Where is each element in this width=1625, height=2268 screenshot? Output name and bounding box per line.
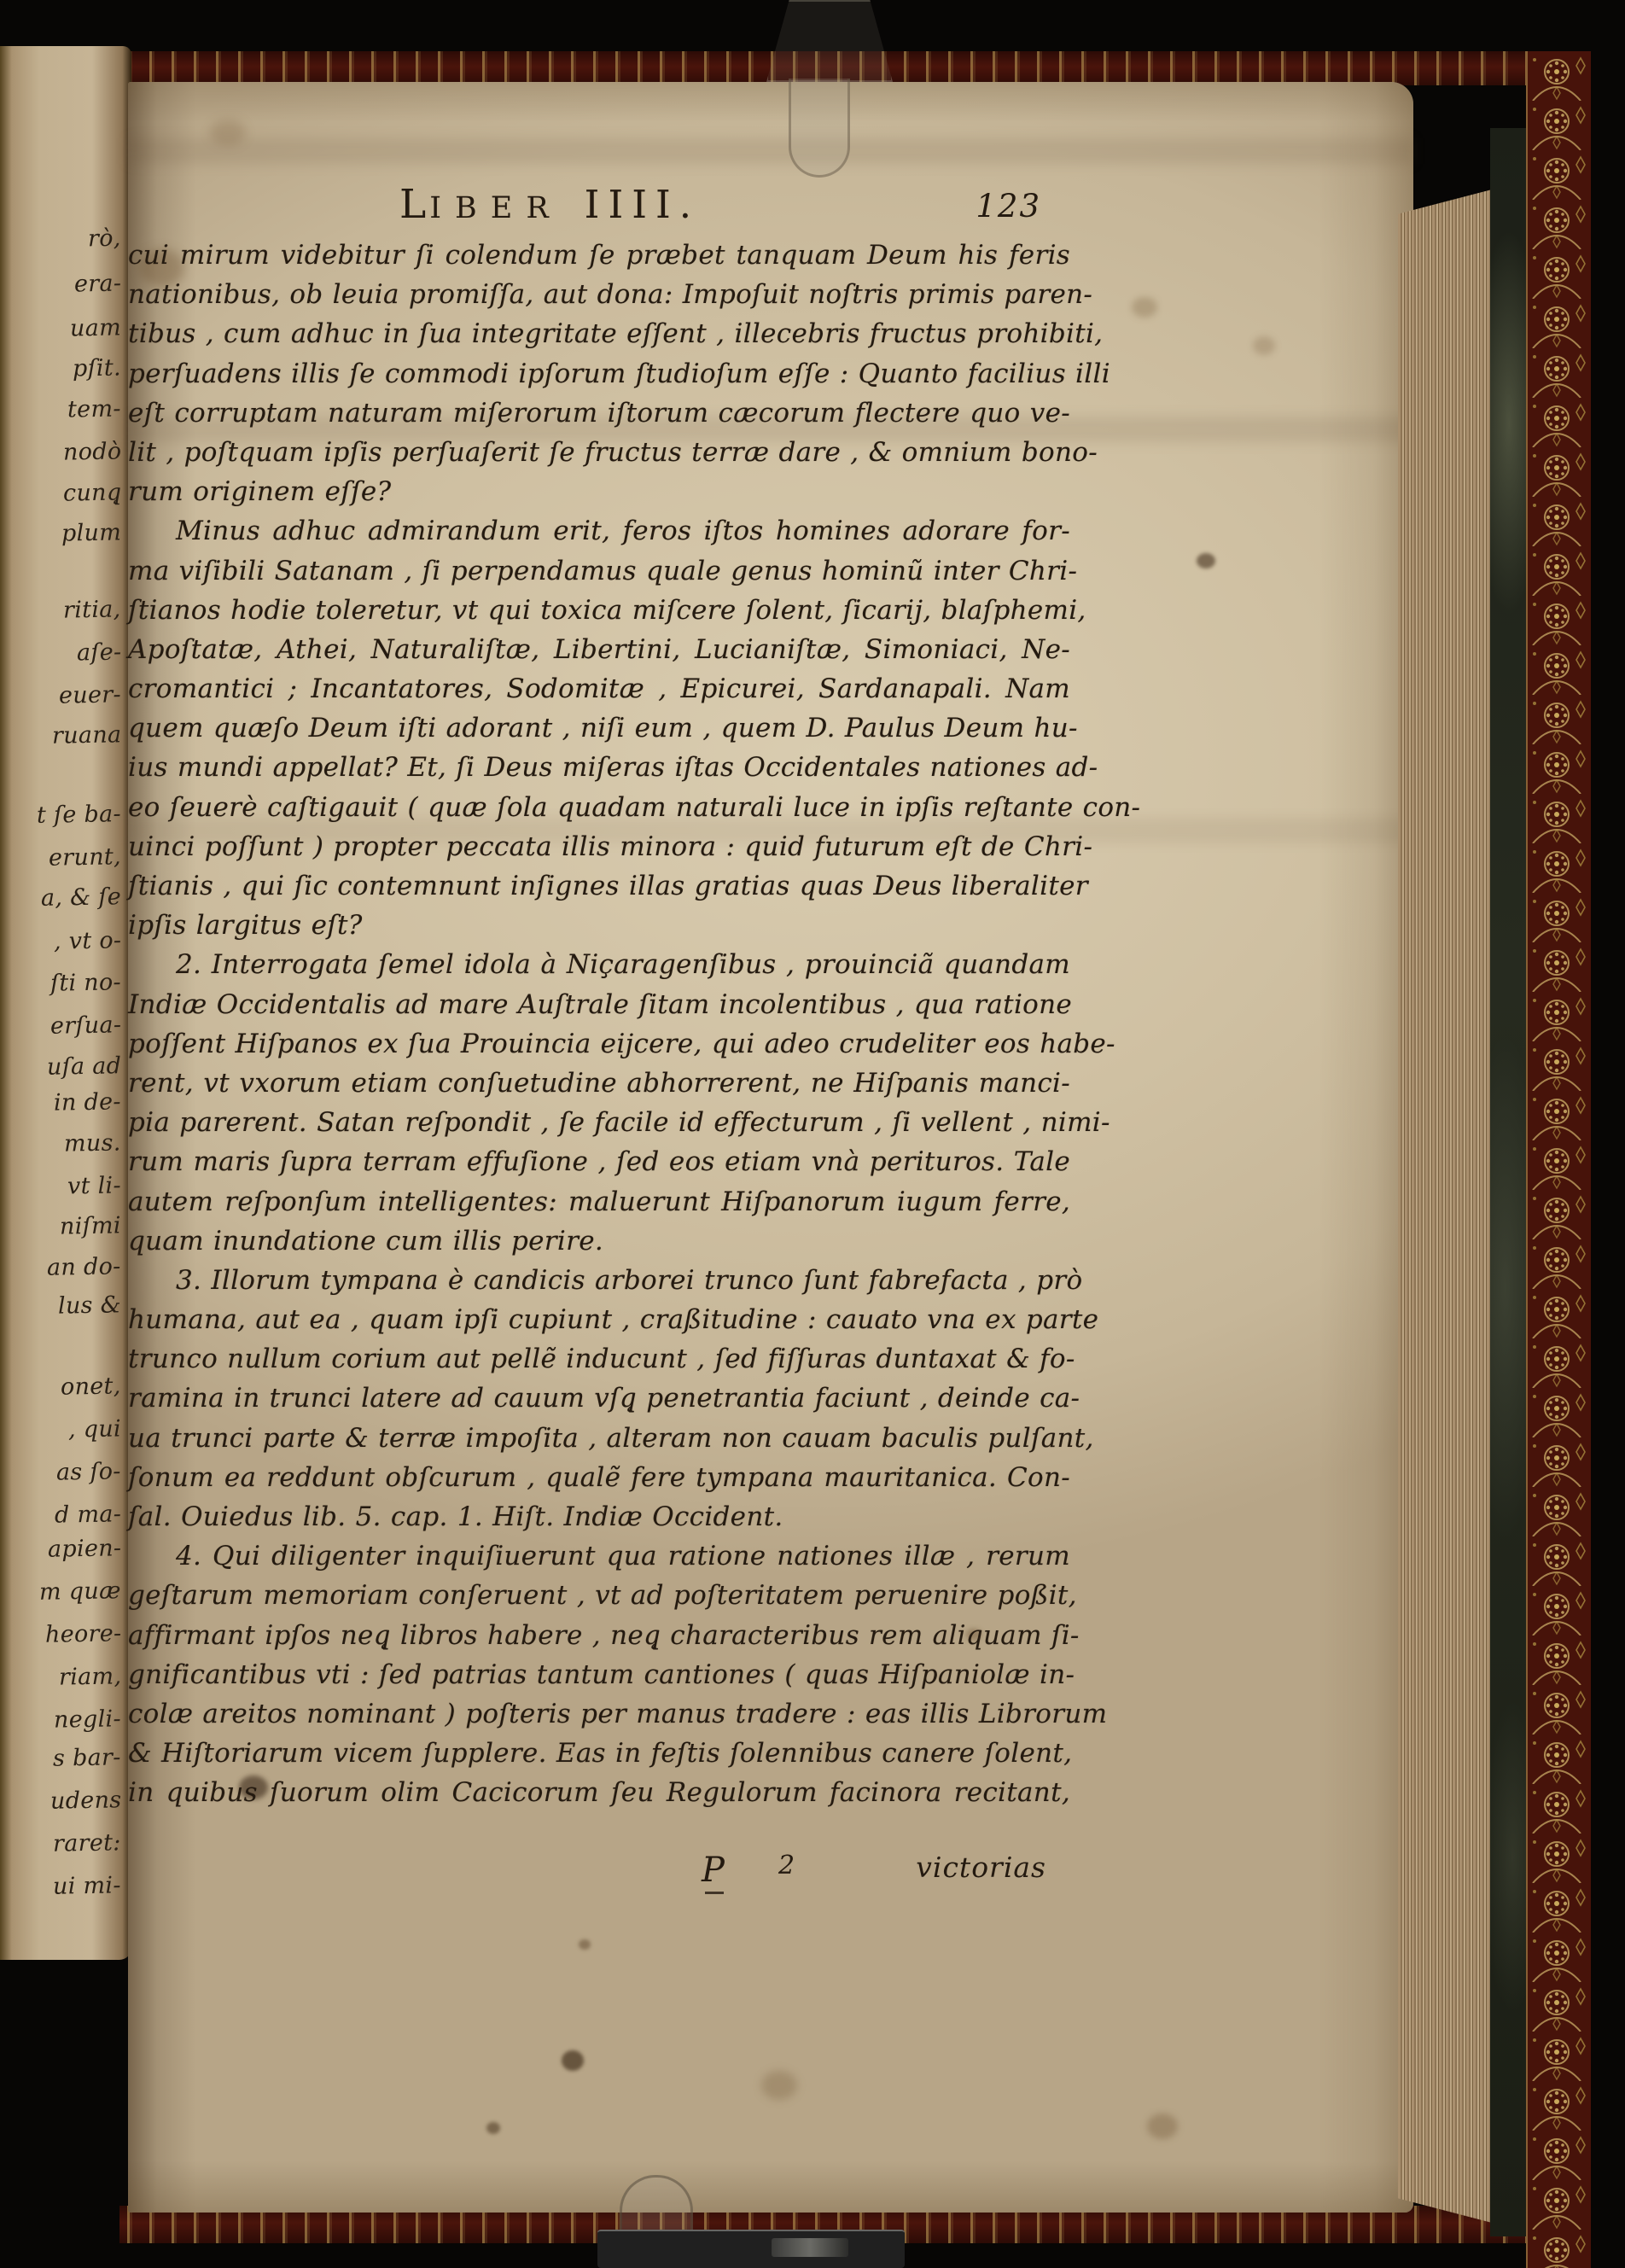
text-line: affirmant ipſos neq̨ libros habere , neq… (128, 1616, 1070, 1655)
marginalia-fragment: d ma- (55, 1501, 122, 1528)
text-line: gnificantibus vti : ſed patrias tantum c… (128, 1655, 1070, 1694)
text-line: ſtianos hodie toleretur, vt qui toxica m… (128, 591, 1070, 630)
text-line: tibus , cum adhuc in ſua integritate eſſ… (128, 314, 1070, 353)
marginalia-fragment: era- (73, 271, 121, 298)
fore-edge-page-stack (1398, 189, 1492, 2223)
stain-spot (761, 2071, 797, 2100)
cradle-clip-top-head (766, 0, 893, 82)
marginalia-fragment: nodò (62, 438, 121, 465)
text-line: in quibus ſuorum olim Cacicorum ſeu Regu… (128, 1773, 1070, 1812)
marginalia-fragment: mus. (64, 1129, 121, 1157)
text-line: trunco nullum corium aut pellẽ inducunt … (128, 1339, 1070, 1379)
marginalia-fragment: ritia, (63, 596, 121, 623)
marginalia-fragment: ui mi- (53, 1872, 121, 1899)
text-line: ma viſibili Satanam , ſi perpendamus qua… (128, 551, 1070, 591)
marginalia-fragment: vt li- (67, 1172, 121, 1199)
cradle-clip-top (789, 79, 850, 178)
text-line: quam inundatione cum illis perire. (128, 1221, 1070, 1261)
title-numeral: IIII. (585, 182, 700, 227)
stain-spot (1132, 297, 1157, 318)
text-line: ramina in trunci latere ad cauum vſq̨ pe… (128, 1379, 1070, 1418)
marginalia-fragment: cunq̨ (62, 479, 121, 506)
text-line: pia parerent. Satan reſpondit , ſe facil… (128, 1103, 1070, 1142)
text-line: rum originem eſſe? (128, 472, 1070, 511)
text-line: autem reſponſum intelligentes: maluerunt… (128, 1182, 1070, 1221)
marginalia-fragment: in de- (54, 1088, 121, 1116)
marbled-endpaper-strip (1490, 128, 1528, 2236)
marginalia-fragment: , vt o- (53, 927, 121, 954)
text-block: cui mirum videbitur ſi colendum ſe præbe… (128, 236, 1070, 1813)
text-line: rum maris ſupra terram effuſione , ſed e… (128, 1142, 1070, 1181)
marginalia-fragment: an do- (47, 1253, 121, 1281)
text-line: ſtianis , qui ſic contemnunt inſignes il… (128, 866, 1070, 906)
catchword: victorias (916, 1851, 1046, 1884)
marginalia-fragment: erunt, (49, 843, 121, 871)
signature-mark (705, 1892, 724, 1894)
text-line: uinci poſſunt ) propter peccata illis mi… (128, 827, 1070, 866)
marginalia-fragment: t ſe ba- (37, 801, 121, 829)
text-line: geſtarum memoriam conſeruent , vt ad poſ… (128, 1576, 1070, 1615)
facing-page-sliver: rò,era-uampſit.tem-nodòcunq̨plumritia,aſ… (0, 46, 131, 1960)
text-line: eſt corruptam naturam miſerorum iſtorum … (128, 394, 1070, 433)
signature-row: P 2 victorias (128, 1851, 1070, 1895)
marginalia-fragment: erſua- (50, 1012, 121, 1039)
text-line: ipſis largitus eſt? (128, 906, 1070, 945)
marginalia-fragment: aſe- (76, 639, 121, 667)
marginalia-fragment: euer- (59, 681, 121, 708)
text-line: colæ areitos nominant ) poſteris per man… (128, 1694, 1070, 1734)
marginalia-fragment: niſmi (60, 1212, 121, 1239)
marginalia-fragment: lus & (58, 1291, 122, 1319)
marginalia-fragment: negli- (54, 1705, 121, 1733)
marginalia-fragment: uam (70, 314, 122, 341)
text-line: perſuadens illis ſe commodi ipſorum ſtud… (128, 354, 1070, 394)
text-line: Apoſtatæ, Athei, Naturaliſtæ, Libertini,… (128, 630, 1070, 669)
text-line: 3. Illorum tympana è candicis arborei tr… (128, 1261, 1070, 1300)
marginalia-fragment: uſa ad (46, 1052, 121, 1081)
marginalia-fragment: as ſo- (56, 1458, 121, 1485)
marginalia-fragment: plum (61, 519, 122, 546)
cradle-clamp (597, 2230, 905, 2268)
title-initial: L (399, 181, 426, 228)
scanned-book-page: rò,era-uampſit.tem-nodòcunq̨plumritia,aſ… (0, 0, 1625, 2268)
marginalia-fragment: ruana (51, 721, 121, 749)
text-line: ius mundi appellat? Et, ſi Deus miſeras … (128, 748, 1070, 787)
signature-number: 2 (778, 1851, 795, 1880)
text-line: ſonum ea reddunt obſcurum , qualẽ fere t… (128, 1458, 1070, 1497)
signature-letter: P (702, 1851, 725, 1890)
page-title: LIBERIIII. (399, 181, 700, 228)
text-line: cromantici ; Incantatores, Sodomitæ , Ep… (128, 669, 1070, 708)
stain-spot (486, 2122, 500, 2134)
marginalia-fragment: , qui (68, 1415, 122, 1443)
text-line: cui mirum videbitur ſi colendum ſe præbe… (128, 236, 1070, 275)
text-line: humana, aut ea , quam ipſi cupiunt , cra… (128, 1300, 1070, 1339)
stain-spot (1197, 553, 1215, 568)
text-line: Minus adhuc admirandum erit, feros iſtos… (128, 511, 1070, 551)
page-number: 123 (976, 188, 1041, 224)
title-caps: IBER (429, 191, 562, 225)
text-line: 2. Interrogata ſemel idola à Niçaragenſi… (128, 945, 1070, 984)
marginalia-fragment: s bar- (53, 1744, 121, 1771)
marginalia-fragment: rò, (88, 225, 121, 253)
impression-shadow (128, 138, 1413, 164)
text-line: poſſent Hiſpanos ex ſua Prouincia eijcer… (128, 1024, 1070, 1064)
marginalia-fragment: tem- (67, 395, 121, 423)
marginalia-fragment: heore- (44, 1620, 121, 1648)
running-header: LIBERIIII. 123 (128, 181, 1070, 236)
text-line: quem quæſo Deum iſti adorant , niſi eum … (128, 708, 1070, 748)
text-line: eo ſeuerè caſtigauit ( quæ ſola quadam n… (128, 788, 1070, 827)
gilt-tooling-pattern (1528, 51, 1591, 2268)
gilt-leather-border (1526, 51, 1591, 2268)
marginalia-fragment: pſit. (73, 355, 121, 382)
marginalia-fragment: a, & ſe (41, 883, 121, 912)
text-line: & Hiſtoriarum vicem ſupplere. Eas in feſ… (128, 1734, 1070, 1773)
text-line: ſal. Ouiedus lib. 5. cap. 1. Hiſt. Indiæ… (128, 1497, 1070, 1536)
text-line: lit , poſtquam ipſis perſuaſerit ſe fruc… (128, 433, 1070, 472)
text-line: ua trunci parte & terræ impoſita , alter… (128, 1419, 1070, 1458)
stain-spot (210, 120, 246, 145)
text-line: nationibus, ob leuia promiſſa, aut dona:… (128, 275, 1070, 314)
stain-spot (562, 2050, 584, 2071)
marginalia-fragment: riam, (58, 1663, 121, 1690)
stain-spot (1253, 336, 1275, 355)
text-line: 4. Qui diligenter inquiſiuerunt qua rati… (128, 1536, 1070, 1576)
marginalia-fragment: udens (50, 1787, 121, 1814)
marginalia-fragment: apien- (47, 1535, 121, 1563)
marginalia-fragment: m quæ (39, 1577, 121, 1606)
stain-spot (579, 1939, 591, 1950)
marginalia-fragment: raret: (53, 1829, 121, 1857)
text-line: rent, vt vxorum etiam conſuetudine abhor… (128, 1064, 1070, 1103)
marginalia-fragment: ſti no- (50, 969, 121, 996)
marginalia-fragment: onet, (61, 1373, 121, 1400)
book-page: LIBERIIII. 123 cui mirum videbitur ſi co… (128, 82, 1413, 2213)
text-line: Indiæ Occidentalis ad mare Auſtrale ſita… (128, 985, 1070, 1024)
stain-spot (1147, 2113, 1178, 2139)
